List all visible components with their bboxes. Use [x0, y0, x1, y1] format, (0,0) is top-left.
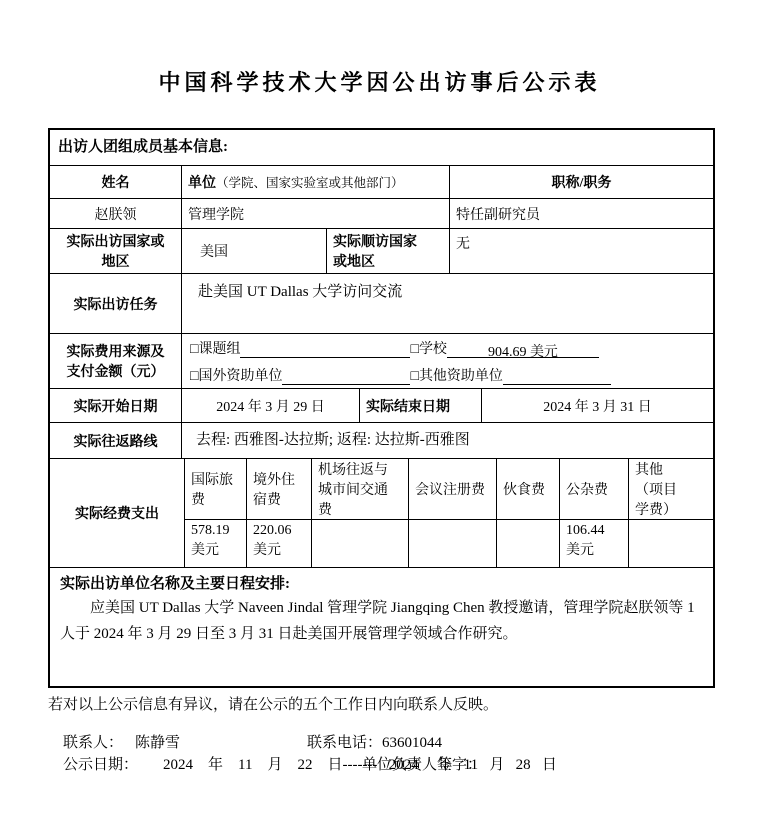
expense-val-other	[629, 520, 713, 567]
schedule-text: 应美国 UT Dallas 大学 Naveen Jindal 管理学院 Jian…	[50, 593, 713, 647]
other-sponsor-blank	[503, 368, 611, 385]
via-country-label: 实际顺访国家 或地区	[327, 229, 450, 273]
checkbox-other-sponsor-icon: □	[410, 369, 418, 385]
expense-val-meals	[497, 520, 560, 567]
row-expenses: 实际经费支出 国际旅 费 境外住 宿费 机场往返与 城市间交通 费 会议注册费 …	[50, 459, 713, 568]
school-label: 学校	[419, 338, 447, 358]
unit-header-note: （学院、国家实验室或其他部门）	[216, 173, 404, 191]
via-country-value: 无	[450, 229, 713, 273]
member-unit-header: 单位（学院、国家实验室或其他部门）	[182, 166, 450, 198]
expense-col-lodging: 境外住 宿费	[247, 459, 312, 519]
member-unit-value: 管理学院	[182, 199, 450, 228]
row-schedule: 实际出访单位名称及主要日程安排: 应美国 UT Dallas 大学 Naveen…	[50, 568, 713, 686]
checkbox-topic-group-icon: □	[190, 342, 198, 358]
expense-val-local-transport	[312, 520, 409, 567]
end-date-value: 2024 年 3 月 31 日	[482, 389, 713, 422]
topic-group-label: 课题组	[198, 338, 240, 358]
member-name-value: 赵朕领	[50, 199, 182, 228]
expenses-label: 实际经费支出	[50, 459, 185, 567]
objection-note: 若对以上公示信息有异议，请在公示的五个工作日内向联系人反映。	[48, 693, 498, 714]
page-title: 中国科学技术大学因公出访事后公示表	[0, 66, 759, 97]
expenses-grid: 国际旅 费 境外住 宿费 机场往返与 城市间交通 费 会议注册费 伙食费 公杂费…	[185, 459, 713, 567]
signature-line: 单位负责人签字：	[362, 753, 482, 774]
expenses-header-row: 国际旅 费 境外住 宿费 机场往返与 城市间交通 费 会议注册费 伙食费 公杂费…	[185, 459, 713, 520]
start-date-value: 2024 年 3 月 29 日	[182, 389, 360, 422]
expenses-values-row: 578.19 美元 220.06 美元 106.44 美元	[185, 520, 713, 567]
expense-col-meals: 伙食费	[497, 459, 560, 519]
funding-options: □课题组□学校904.69 美元 □国外资助单位□其他资助单位	[182, 334, 713, 388]
row-country: 实际出访国家或 地区 美国 实际顺访国家 或地区 无	[50, 229, 713, 274]
checkbox-foreign-sponsor-icon: □	[190, 369, 198, 385]
row-member-header: 姓名 单位（学院、国家实验室或其他部门） 职称/职务	[50, 166, 713, 199]
country-label: 实际出访国家或 地区	[50, 229, 182, 273]
expense-col-local-transport: 机场往返与 城市间交通 费	[312, 459, 409, 519]
row-route: 实际往返路线 去程: 西雅图-达拉斯; 返程: 达拉斯-西雅图	[50, 423, 713, 459]
expense-col-registration: 会议注册费	[409, 459, 497, 519]
publicity-date-range: 2024 年 11 月 22 日------- 2024 年 11 月 28 日	[163, 757, 557, 773]
publicity-date-label: 公示日期：	[63, 757, 138, 773]
funding-line-1: □课题组□学校904.69 美元	[190, 338, 599, 358]
other-sponsor-label: 其他资助单位	[419, 365, 503, 385]
row-member-data: 赵朕领 管理学院 特任副研究员	[50, 199, 713, 229]
document-page: 中国科学技术大学因公出访事后公示表 出访人团组成员基本信息: 姓名 单位（学院、…	[0, 0, 759, 824]
funding-label: 实际费用来源及 支付金额（元）	[50, 334, 182, 388]
checkbox-school-icon: □	[410, 342, 418, 358]
expense-val-registration	[409, 520, 497, 567]
expense-val-lodging: 220.06 美元	[247, 520, 312, 567]
task-label: 实际出访任务	[50, 274, 182, 333]
funding-line-2: □国外资助单位□其他资助单位	[190, 365, 611, 385]
end-date-label: 实际结束日期	[360, 389, 482, 422]
schedule-label: 实际出访单位名称及主要日程安排:	[50, 568, 713, 593]
row-dates: 实际开始日期 2024 年 3 月 29 日 实际结束日期 2024 年 3 月…	[50, 389, 713, 423]
expense-col-misc: 公杂费	[560, 459, 629, 519]
member-title-value: 特任副研究员	[450, 199, 713, 228]
foreign-sponsor-blank	[282, 368, 410, 385]
row-funding: 实际费用来源及 支付金额（元） □课题组□学校904.69 美元 □国外资助单位…	[50, 334, 713, 389]
member-title-header: 职称/职务	[450, 166, 713, 198]
unit-header-label: 单位	[188, 172, 216, 192]
expense-val-intl-travel: 578.19 美元	[185, 520, 247, 567]
expense-val-misc: 106.44 美元	[560, 520, 629, 567]
section-basic-info-label: 出访人团组成员基本信息:	[50, 130, 713, 165]
topic-group-blank	[240, 341, 410, 358]
foreign-sponsor-label: 国外资助单位	[198, 365, 282, 385]
row-section-basic-info: 出访人团组成员基本信息:	[50, 130, 713, 166]
expense-col-intl-travel: 国际旅 费	[185, 459, 247, 519]
country-value: 美国	[182, 229, 327, 273]
row-task: 实际出访任务 赴美国 UT Dallas 大学访问交流	[50, 274, 713, 334]
expense-col-other: 其他 （项目 学费）	[629, 459, 713, 519]
member-name-header: 姓名	[50, 166, 182, 198]
school-amount: 904.69 美元	[447, 341, 599, 358]
form-table: 出访人团组成员基本信息: 姓名 单位（学院、国家实验室或其他部门） 职称/职务 …	[48, 128, 715, 688]
start-date-label: 实际开始日期	[50, 389, 182, 422]
task-value: 赴美国 UT Dallas 大学访问交流	[182, 274, 713, 333]
route-value: 去程: 西雅图-达拉斯; 返程: 达拉斯-西雅图	[182, 423, 713, 458]
route-label: 实际往返路线	[50, 423, 182, 458]
